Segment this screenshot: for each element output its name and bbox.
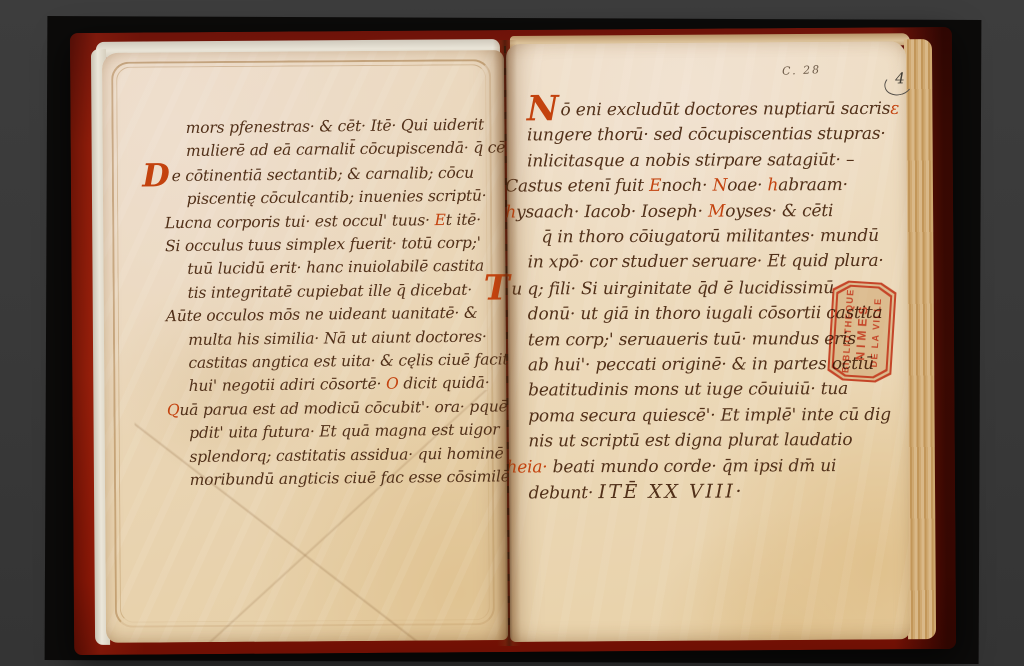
manuscript-line: tuū lucidū erit· hanc inuiolabilē castit… <box>187 255 517 282</box>
rubricated-text: M <box>708 201 725 221</box>
manuscript-line: Aūte occulos mōs ne uideant uanitatē· & <box>188 301 518 328</box>
stamp-text-line3: DE LA VILLE <box>869 297 883 368</box>
rubricated-text: N <box>713 176 728 196</box>
manuscript-line: mulierē ad eā carnalit̄ cōcupiscendā· q̄… <box>186 137 516 164</box>
manuscript-line: q̄ in thoro cōiugatorū militantes· mundū <box>527 224 899 251</box>
ink-text: poma secura quiescē'· Et implē' inte cū … <box>528 405 891 427</box>
manuscript-line: debunt· ITĒ XX VIII· <box>529 479 901 507</box>
folio-reference-note: C. 28 <box>782 63 822 78</box>
rubricated-text: E <box>649 176 661 196</box>
rubricated-text: E <box>434 211 445 229</box>
rubricated-text: D <box>164 169 170 183</box>
manuscript-line: nis ut scriptū est digna plurat laudatio <box>528 428 900 455</box>
ink-text: moribundū angticis ciuē fac esse cōsimil… <box>190 467 515 489</box>
rubricated-text: heia· <box>506 457 547 477</box>
ink-text: nis ut scriptū est digna plurat laudatio <box>528 430 852 451</box>
ink-text: tuū lucidū erit· hanc inuiolabilē castit… <box>187 257 484 278</box>
ink-text: Lucna corporis tui· est occul' tuus· <box>165 211 435 232</box>
manuscript-line: piscentię cōculcantib; inuenies scriptū· <box>186 184 516 211</box>
ink-text: piscentię cōculcantib; inuenies scriptū· <box>186 187 486 208</box>
stamp-text-line1: BIBLIOTHEQUE <box>840 288 855 373</box>
manuscript-line: Castus etenī fuit Enoch· Noae· habraam· <box>527 173 899 200</box>
manuscript-line: hysaach· Iacob· Ioseph· Moyses· & cēti <box>527 198 899 225</box>
ink-text: oyses· & cēti <box>725 201 833 221</box>
ink-text: Si occulus tuus simplex fuerit· totū cor… <box>165 234 481 256</box>
manuscript-line: heia· beati mundo corde· q̄m ipsi dm̄ ui <box>528 453 900 480</box>
ink-text: mors pfenestras· & cēt· Itē· Qui uiderit <box>186 116 484 137</box>
ink-text: uā parua est ad modicū cōcubit'· ora· pq… <box>179 397 507 419</box>
ink-text: u q; fili· Si uirginitate q̄d ē lucidiss… <box>511 278 834 299</box>
rubricated-text: Q <box>167 401 180 419</box>
ink-text: tis integritatē cupiebat ille q̄ dicebat… <box>188 281 473 302</box>
ink-text: e cōtinentiā sectantib; & carnalib; cōcu <box>172 164 474 185</box>
ink-text: ysaach· Iacob· Ioseph· <box>516 201 708 222</box>
manuscript-line: Nō eni excludūt doctores nuptiarū sacris… <box>527 96 899 124</box>
rubricated-text: O <box>386 375 399 393</box>
ink-text: tem corp;' seruaueris tuū· mundus eris <box>528 329 856 350</box>
ink-text: mulierē ad eā carnalit̄ cōcupiscendā· q̄… <box>186 139 516 161</box>
manuscript-line: pdit' uita futura· Et quā magna est uigo… <box>189 419 519 446</box>
manuscript-line: in xpō· cor studuer seruare· Et quid plu… <box>528 249 900 276</box>
rubricated-text: h <box>505 202 516 222</box>
ink-text: oae· <box>727 176 767 196</box>
left-page: mors pfenestras· & cēt· Itē· Qui uiderit… <box>102 50 508 643</box>
ink-text: multa his similia· Nā ut aiunt doctores· <box>188 327 487 348</box>
manuscript-line: inlicitasque a nobis stirpare satagiūt· … <box>527 148 899 175</box>
rubricated-text: T <box>506 281 510 295</box>
stamp-inner-frame: BIBLIOTHEQUE NIMES DE LA VILLE <box>831 284 893 379</box>
library-stamp: BIBLIOTHEQUE NIMES DE LA VILLE <box>827 280 897 384</box>
ink-text: iungere thorū· sed cōcupiscentias stupra… <box>527 124 886 146</box>
ink-text: donū· ut giā in thoro iugali cōsortii ca… <box>528 303 883 325</box>
ink-text: t itē· <box>446 210 481 228</box>
ink-text: ō eni excludūt doctores nuptiarū sacris <box>560 99 890 120</box>
ink-text: debunt· <box>529 483 599 503</box>
manuscript-line: poma secura quiescē'· Et implē' inte cū … <box>528 403 900 430</box>
manuscript-line: moribundū angticis ciuē fac esse cōsimil… <box>190 465 520 492</box>
ink-text: in xpō· cor studuer seruare· Et quid plu… <box>528 251 884 273</box>
ink-text: beatitudinis mons ut iuge cōuiuiū· tua <box>528 379 848 400</box>
ink-text: q̄ in thoro cōiugatorū militantes· mundū <box>541 226 878 247</box>
ink-text: ab hui'· peccati originē· & in partes oc… <box>528 354 874 376</box>
ink-text: Castus etenī fuit <box>505 176 649 197</box>
manuscript-line: De cōtinentiā sectantib; & carnalib; cōc… <box>186 160 516 188</box>
ink-text: pdit' uita futura· Et quā magna est uigo… <box>189 421 499 443</box>
stamp-text-line2: NIMES <box>853 302 871 361</box>
stamp-outer-frame: BIBLIOTHEQUE NIMES DE LA VILLE <box>827 280 897 384</box>
left-page-text: mors pfenestras· & cēt· Itē· Qui uiderit… <box>186 113 520 492</box>
ink-text: abraam· <box>778 175 848 195</box>
ink-text: dicit quidā· <box>398 374 489 393</box>
ink-text: noch· <box>661 176 712 196</box>
manuscript-line: iungere thorū· sed cōcupiscentias stupra… <box>527 122 899 149</box>
ink-text: ITĒ XX VIII· <box>598 481 744 504</box>
ink-text: Aūte occulos mōs ne uideant uanitatē· & <box>166 304 478 326</box>
rubricated-text: N <box>527 102 559 116</box>
rubricated-text: ε <box>890 99 899 119</box>
ink-text: splendorq; castitatis assidua· qui homin… <box>189 444 503 466</box>
ink-text: hui' negotii adiri cōsortē· <box>189 375 387 395</box>
manuscript-book: mors pfenestras· & cēt· Itē· Qui uiderit… <box>70 27 956 655</box>
manuscript-line: beatitudinis mons ut iuge cōuiuiū· tua <box>528 377 900 404</box>
ink-text: inlicitasque a nobis stirpare satagiūt· … <box>527 150 854 171</box>
rubricated-text: h <box>767 176 778 196</box>
photo-background: mors pfenestras· & cēt· Itē· Qui uiderit… <box>0 0 1024 666</box>
ink-text: beati mundo corde· q̄m ipsi dm̄ ui <box>547 456 836 477</box>
folio-number-note: 4 <box>884 67 918 97</box>
right-page: C. 28 4 Nō eni excludūt doctores nuptiar… <box>506 41 910 642</box>
ink-text: castitas angtica est uita· & cęlis ciuē … <box>188 350 513 372</box>
